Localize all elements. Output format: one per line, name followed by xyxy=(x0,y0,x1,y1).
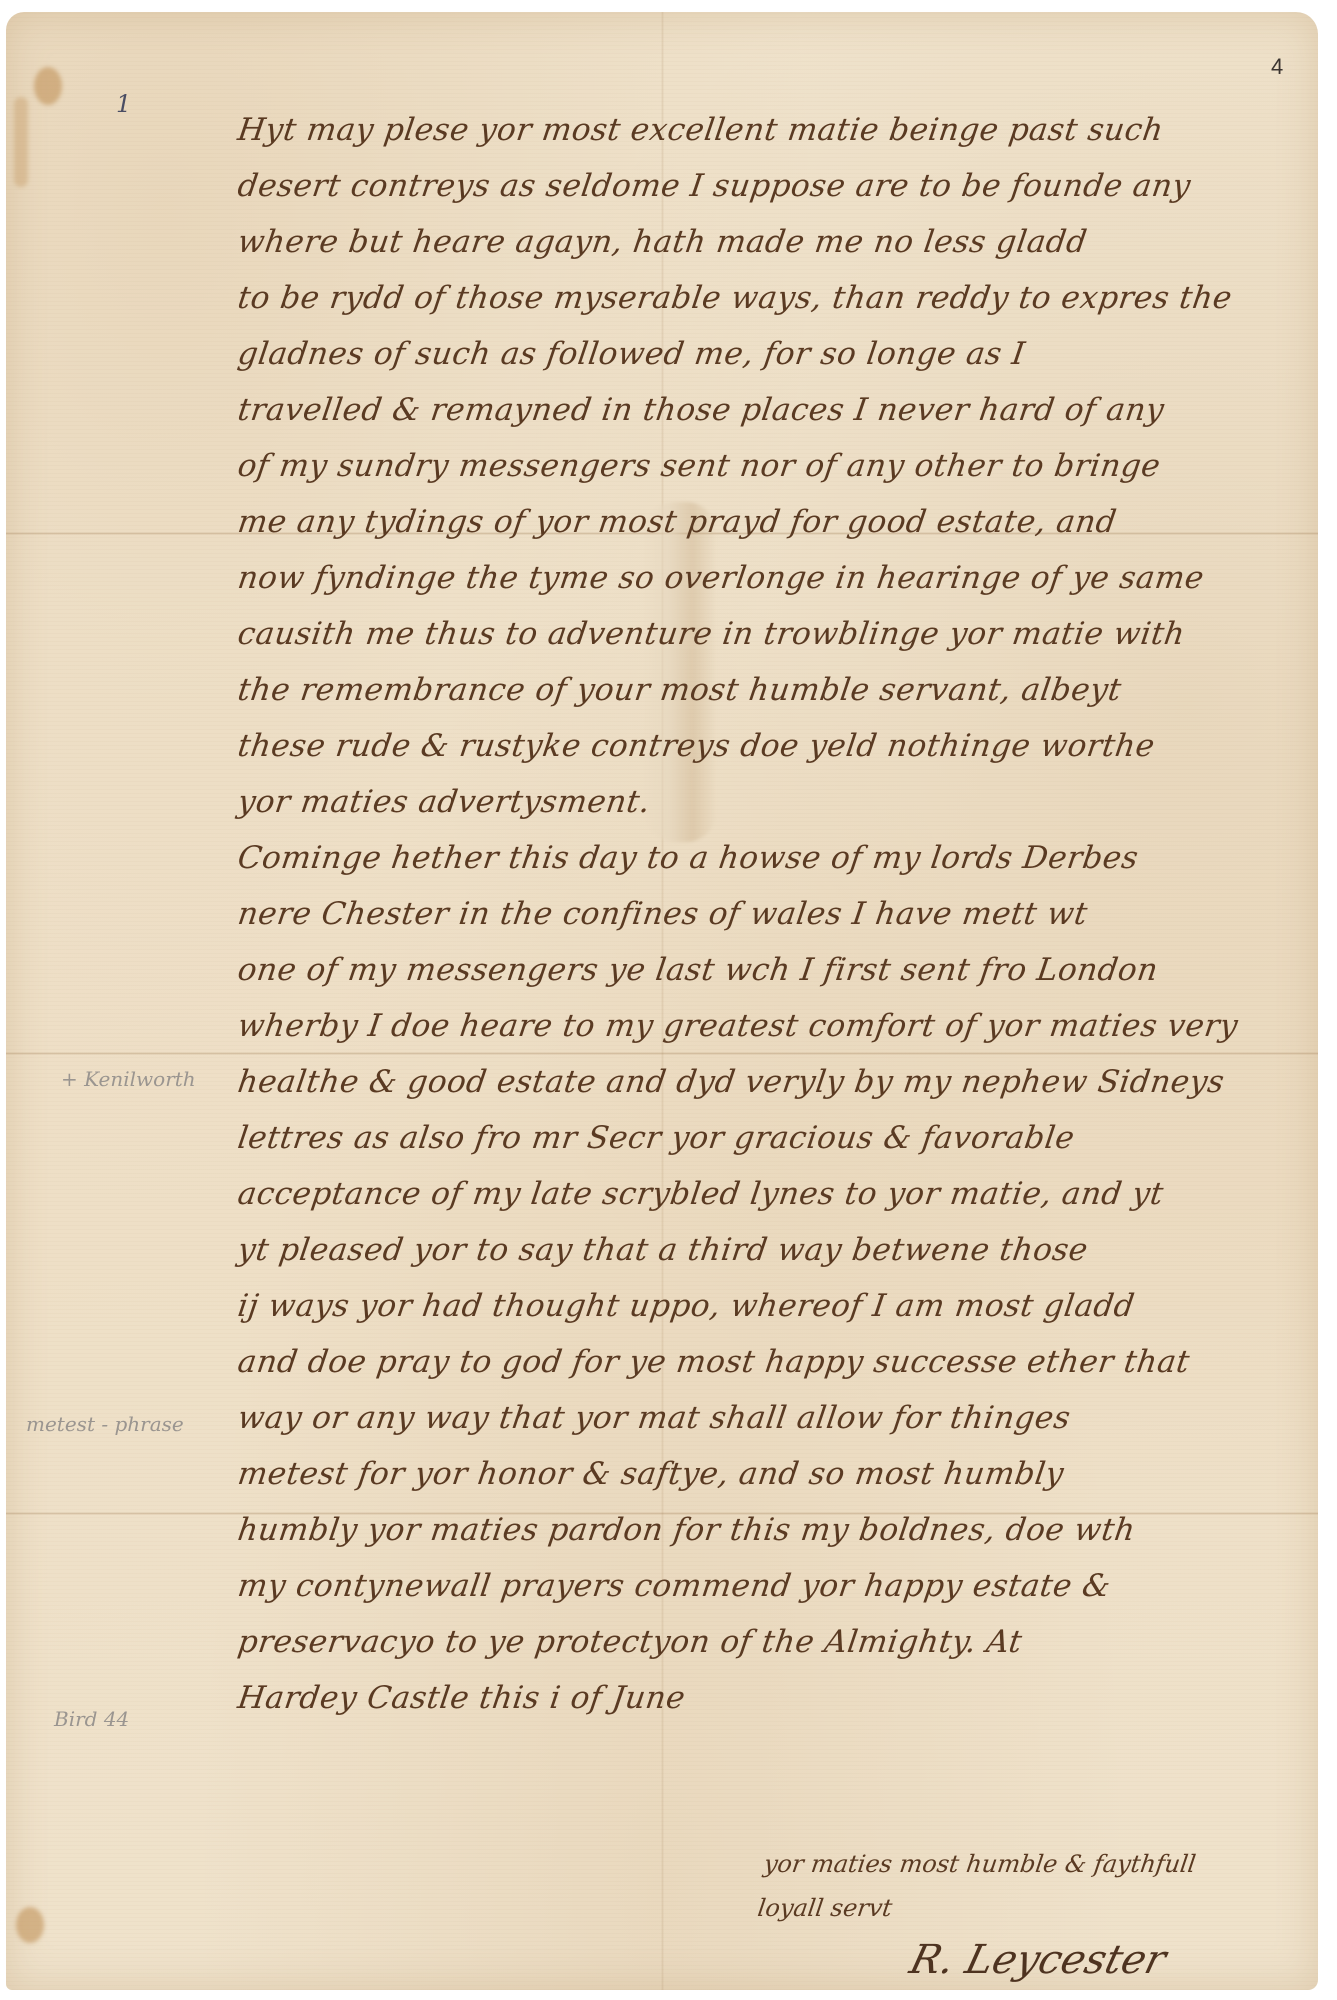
letter-line: way or any way that yor mat shall allow … xyxy=(234,1390,1302,1446)
letter-line: yor maties advertysment. xyxy=(234,774,1302,830)
letter-line: my contynewall prayers commend yor happy… xyxy=(234,1558,1302,1614)
letter-line: healthe & good estate and dyd veryly by … xyxy=(234,1054,1302,1110)
letter-line: causith me thus to adventure in trowblin… xyxy=(234,606,1302,662)
letter-line: Cominge hether this day to a howse of my… xyxy=(234,830,1302,886)
letter-line: nere Chester in the confines of wales I … xyxy=(234,886,1302,942)
margin-note-bird: Bird 44 xyxy=(54,1707,129,1731)
ink-stain xyxy=(34,67,62,105)
letter-line: lettres as also fro mr Secr yor gracious… xyxy=(234,1110,1302,1166)
letter-line: the remembrance of your most humble serv… xyxy=(234,662,1302,718)
ink-stain xyxy=(16,1907,44,1943)
letter-line: wherby I doe heare to my greatest comfor… xyxy=(234,998,1302,1054)
letter-line: desert contreys as seldome I suppose are… xyxy=(234,158,1302,214)
letter-line: Hyt may plese yor most excellent matie b… xyxy=(234,102,1302,158)
letter-line: gladnes of such as followed me, for so l… xyxy=(234,326,1302,382)
margin-note-kenilworth: + Kenilworth xyxy=(61,1067,196,1091)
closing-line: yor maties most humble & faythfull xyxy=(761,1842,1199,1886)
edge-stain xyxy=(14,97,28,187)
letter-line: humbly yor maties pardon for this my bol… xyxy=(234,1502,1302,1558)
letter-line: of my sundry messengers sent nor of any … xyxy=(234,438,1302,494)
letter-line: preservacyo to ye protectyon of the Almi… xyxy=(234,1614,1302,1670)
corner-mark: 1 xyxy=(116,90,131,118)
letter-line: to be rydd of those myserable ways, than… xyxy=(234,270,1302,326)
closing-line: loyall servt xyxy=(755,1886,1193,1930)
letter-line: yt pleased yor to say that a third way b… xyxy=(234,1222,1302,1278)
margin-note-metest: metest - phrase xyxy=(26,1412,184,1436)
letter-line: now fyndinge the tyme so overlonge in he… xyxy=(234,550,1302,606)
letter-body: Hyt may plese yor most excellent matie b… xyxy=(238,102,1298,1726)
letter-line: me any tydings of yor most prayd for goo… xyxy=(234,494,1302,550)
letter-line: metest for yor honor & saftye, and so mo… xyxy=(234,1446,1302,1502)
letter-line: Hardey Castle this i of June xyxy=(234,1670,1302,1726)
folio-number: 4 xyxy=(1271,54,1283,80)
letter-line: these rude & rustyke contreys doe yeld n… xyxy=(234,718,1302,774)
manuscript-page: 4 1 Hyt may plese yor most excellent mat… xyxy=(6,12,1318,1990)
letter-line: where but heare agayn, hath made me no l… xyxy=(234,214,1302,270)
letter-line: and doe pray to god for ye most happy su… xyxy=(234,1334,1302,1390)
signature: R. Leycester xyxy=(905,1937,1170,1983)
letter-closing: yor maties most humble & faythfull loyal… xyxy=(755,1842,1199,1930)
letter-line: acceptance of my late scrybled lynes to … xyxy=(234,1166,1302,1222)
letter-line: one of my messengers ye last wch I first… xyxy=(234,942,1302,998)
letter-line: ij ways yor had thought uppo, whereof I … xyxy=(234,1278,1302,1334)
letter-line: travelled & remayned in those places I n… xyxy=(234,382,1302,438)
